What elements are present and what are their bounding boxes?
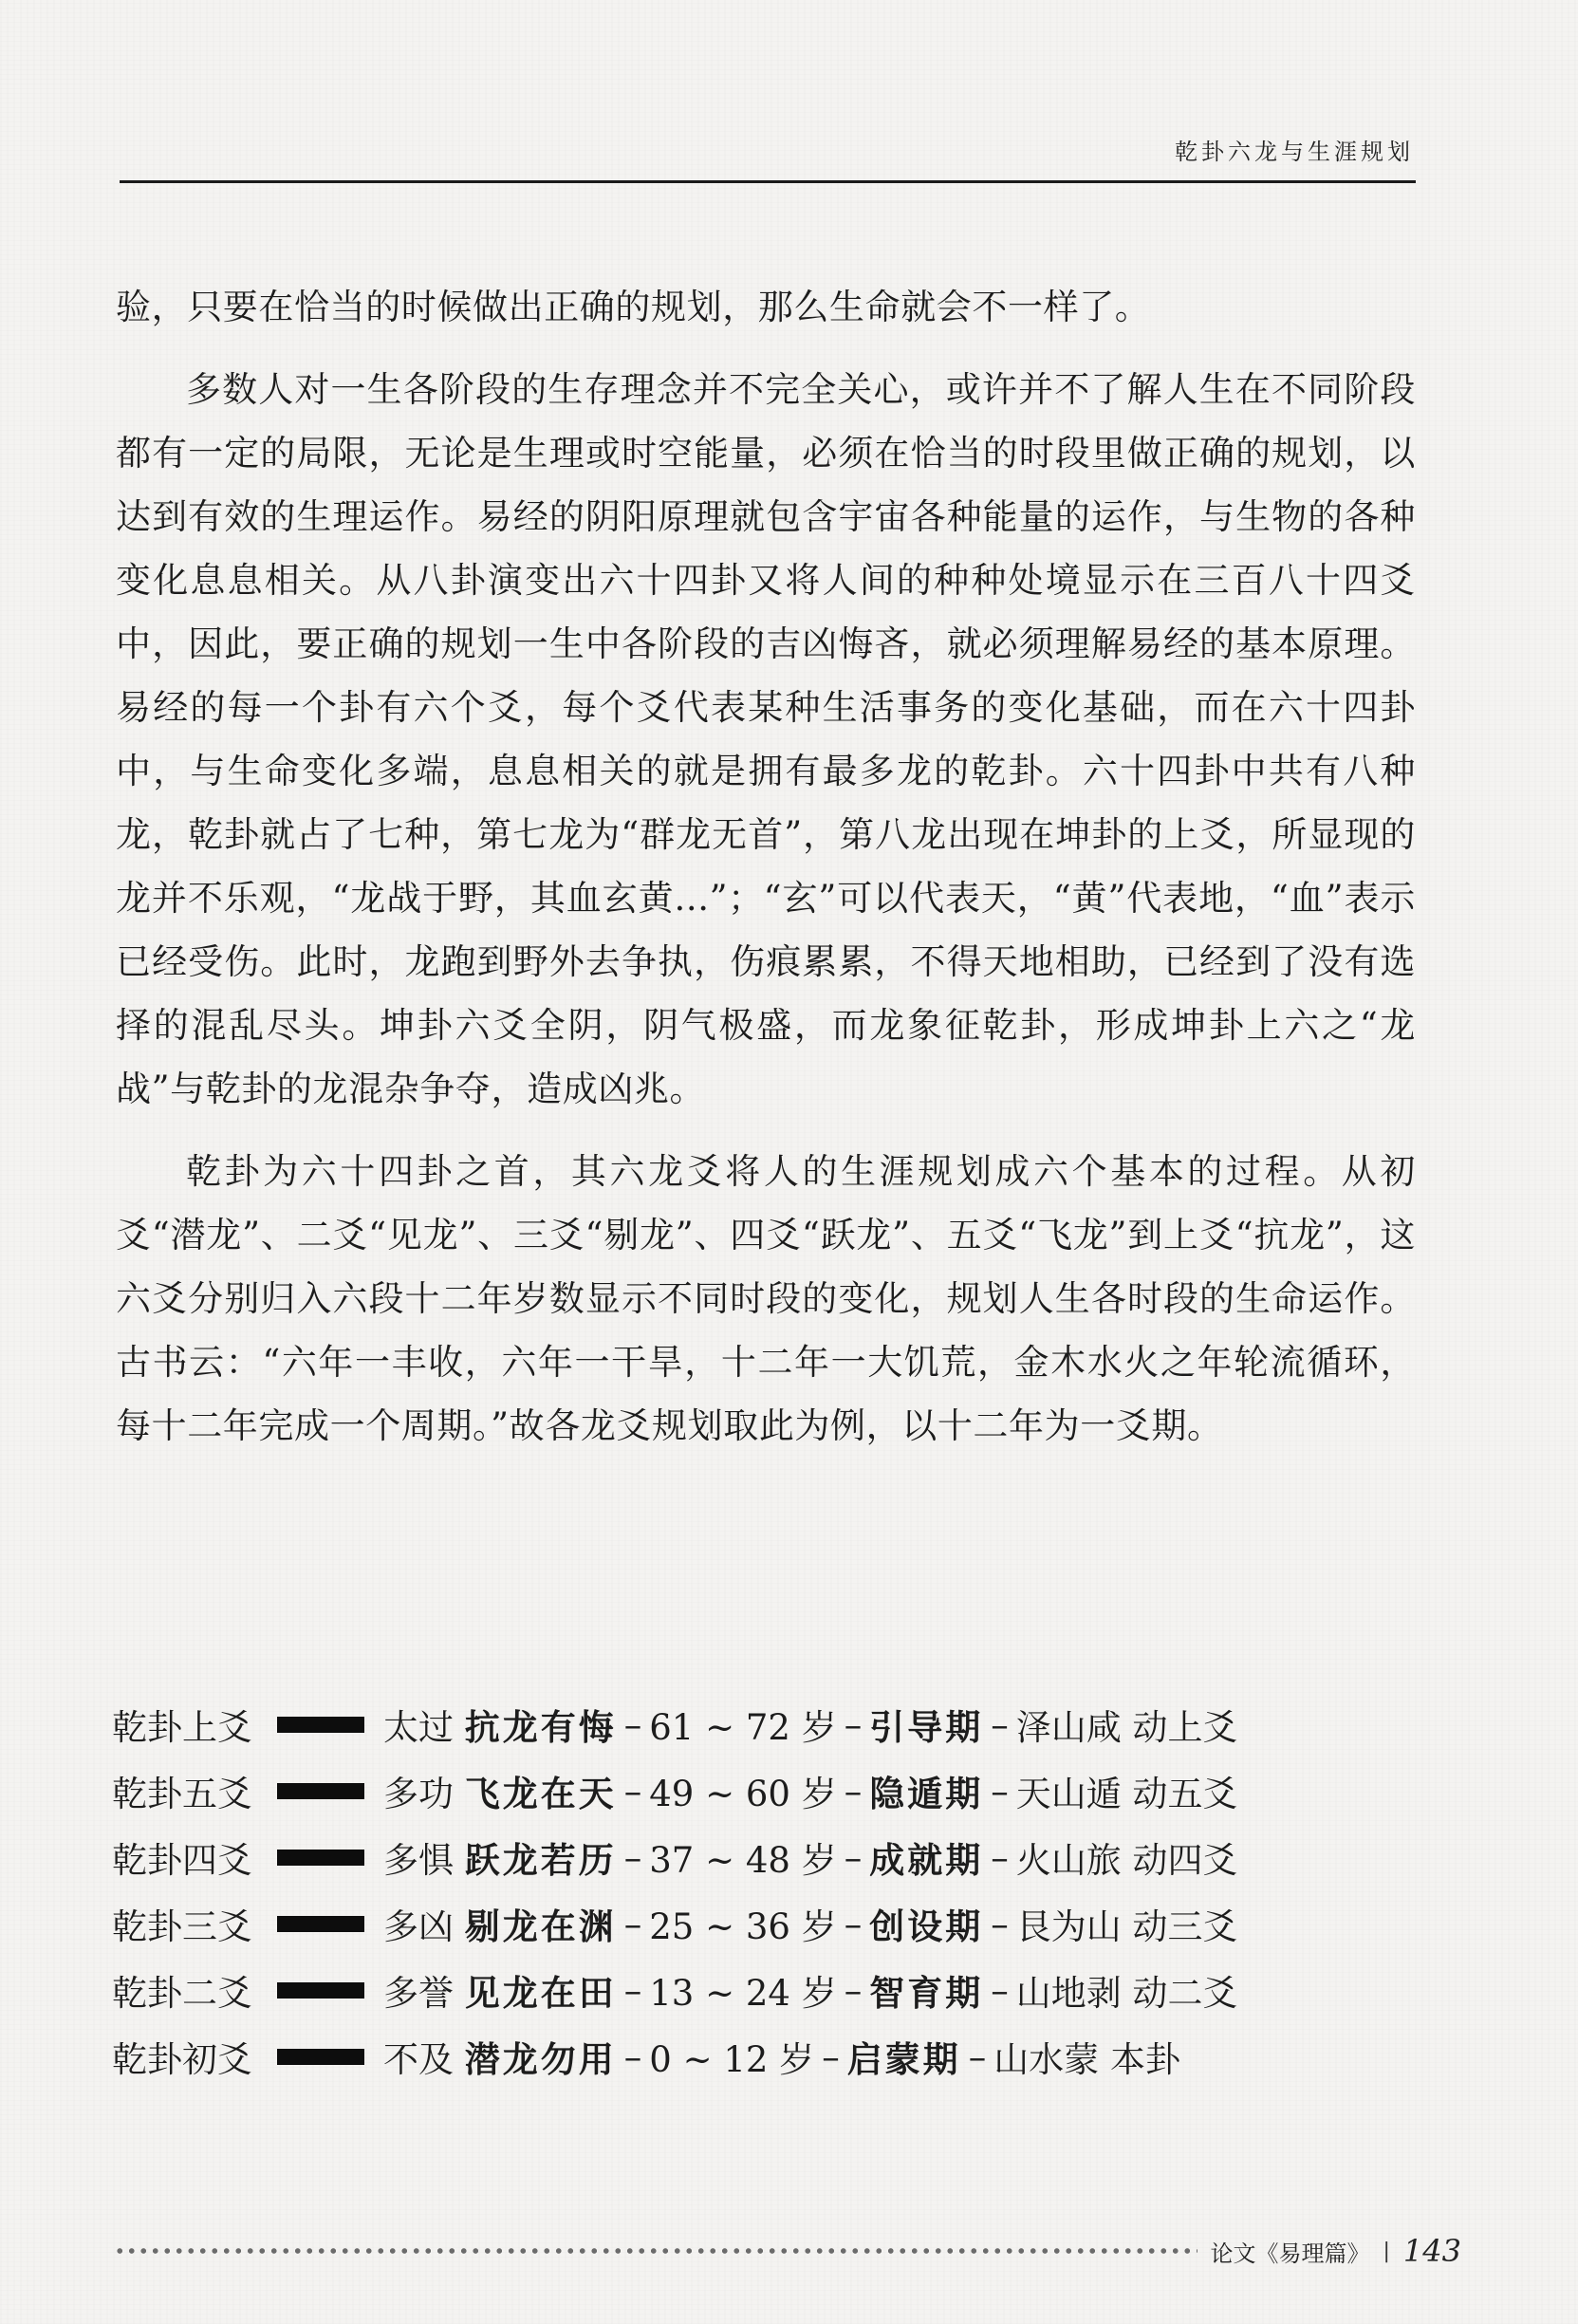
yao-ages: 37 ~ 48 岁	[649, 1831, 836, 1883]
yao-dragon: 剔龙在渊	[465, 1898, 617, 1949]
yao-hexagram: 泽山咸 动上爻	[1016, 1699, 1238, 1750]
separator: –	[991, 1970, 1009, 2011]
separator: –	[845, 1704, 863, 1745]
separator: –	[991, 1704, 1009, 1745]
yao-ages: 25 ~ 36 岁	[649, 1898, 836, 1949]
paragraph-intro: 多数人对一生各阶段的生存理念并不完全关心，或许并不了解人生在不同阶段都有一定的局…	[116, 358, 1416, 1121]
yao-position: 乾卦三爻	[112, 1898, 271, 1949]
yao-position: 乾卦上爻	[112, 1699, 271, 1750]
separator: –	[624, 1837, 642, 1878]
separator: –	[624, 1970, 642, 2011]
yao-trait: 不及	[383, 2031, 454, 2082]
yao-hexagram: 山地剥 动二爻	[1016, 1964, 1238, 2016]
separator: –	[991, 1771, 1009, 1812]
yao-dragon: 见龙在田	[465, 1964, 617, 2016]
separator: –	[624, 2036, 642, 2077]
separator: –	[624, 1704, 642, 1745]
yao-phase: 引导期	[869, 1699, 983, 1750]
yao-row-fourth: 乾卦四爻 多惧 跃龙若历 –37 ~ 48 岁 –成就期 –火山旅 动四爻	[112, 1824, 1421, 1890]
yao-dragon: 飞龙在天	[465, 1765, 617, 1816]
yao-row-second: 乾卦二爻 多誉 见龙在田 –13 ~ 24 岁 –智育期 –山地剥 动二爻	[112, 1957, 1421, 2023]
yao-row-fifth: 乾卦五爻 多功 飞龙在天 –49 ~ 60 岁 –隐遁期 –天山遁 动五爻	[112, 1757, 1421, 1824]
yang-line-icon	[277, 1850, 364, 1866]
yao-phase: 智育期	[869, 1964, 983, 2016]
yao-phase: 隐遁期	[869, 1765, 983, 1816]
header-rule	[120, 180, 1416, 183]
yao-hexagram: 山水蒙 本卦	[993, 2031, 1180, 2082]
yao-dragon: 潜龙勿用	[465, 2031, 617, 2082]
paragraph-six-dragons: 乾卦为六十四卦之首，其六龙爻将人的生涯规划成六个基本的过程。从初爻“潜龙”、二爻…	[116, 1140, 1416, 1458]
running-header-title: 乾卦六龙与生涯规划	[1129, 133, 1414, 166]
yao-row-first: 乾卦初爻 不及 潜龙勿用 –0 ~ 12 岁 –启蒙期 –山水蒙 本卦	[112, 2023, 1421, 2090]
yao-dragon: 跃龙若历	[465, 1831, 617, 1883]
yao-trait: 多凶	[383, 1898, 454, 1949]
separator: –	[624, 1771, 642, 1812]
separator: –	[845, 1904, 863, 1944]
body-text: 验，只要在恰当的时候做出正确的规划，那么生命就会不一样了。 多数人对一生各阶段的…	[116, 275, 1416, 1458]
yao-dragon: 抗龙有悔	[465, 1699, 617, 1750]
page-number: 143	[1403, 2233, 1461, 2269]
separator: –	[624, 1904, 642, 1944]
yang-line-icon	[277, 1982, 364, 1999]
yang-line-icon	[277, 1717, 364, 1733]
separator: –	[991, 1904, 1009, 1944]
separator: –	[845, 1970, 863, 2011]
yao-ages: 49 ~ 60 岁	[649, 1765, 836, 1816]
yao-trait: 太过	[383, 1699, 454, 1750]
paragraph-continuation: 验，只要在恰当的时候做出正确的规划，那么生命就会不一样了。	[116, 275, 1416, 339]
yao-hexagram: 艮为山 动三爻	[1016, 1898, 1238, 1949]
yao-ages: 13 ~ 24 岁	[649, 1964, 836, 2016]
yao-phase: 成就期	[869, 1831, 983, 1883]
yao-hexagram: 火山旅 动四爻	[1016, 1831, 1238, 1883]
yang-line-icon	[277, 1916, 364, 1932]
separator: –	[822, 2036, 840, 2077]
separator: –	[969, 2036, 987, 2077]
yao-row-top: 乾卦上爻 太过 抗龙有悔 –61 ~ 72 岁 –引导期 –泽山咸 动上爻	[112, 1691, 1421, 1757]
yao-position: 乾卦初爻	[112, 2031, 271, 2082]
yang-line-icon	[277, 2049, 364, 2065]
yang-line-icon	[277, 1783, 364, 1799]
separator: –	[845, 1837, 863, 1878]
yao-ages: 0 ~ 12 岁	[649, 2031, 814, 2082]
footer-divider: |	[1383, 2240, 1390, 2263]
yao-phase: 启蒙期	[847, 2031, 961, 2082]
yao-position: 乾卦五爻	[112, 1765, 271, 1816]
yao-position: 乾卦二爻	[112, 1964, 271, 2016]
footer-section-label: 论文《易理篇》	[1211, 2235, 1370, 2268]
yao-row-third: 乾卦三爻 多凶 剔龙在渊 –25 ~ 36 岁 –创设期 –艮为山 动三爻	[112, 1890, 1421, 1957]
yao-list: 乾卦上爻 太过 抗龙有悔 –61 ~ 72 岁 –引导期 –泽山咸 动上爻 乾卦…	[112, 1691, 1421, 2090]
dotted-rule	[114, 2246, 1197, 2256]
yao-hexagram: 天山遁 动五爻	[1016, 1765, 1238, 1816]
yao-trait: 多功	[383, 1765, 454, 1816]
page-footer: 论文《易理篇》 | 143	[114, 2232, 1461, 2270]
separator: –	[991, 1837, 1009, 1878]
yao-position: 乾卦四爻	[112, 1831, 271, 1883]
separator: –	[845, 1771, 863, 1812]
yao-trait: 多惧	[383, 1831, 454, 1883]
yao-phase: 创设期	[869, 1898, 983, 1949]
yao-ages: 61 ~ 72 岁	[649, 1699, 836, 1750]
yao-trait: 多誉	[383, 1964, 454, 2016]
